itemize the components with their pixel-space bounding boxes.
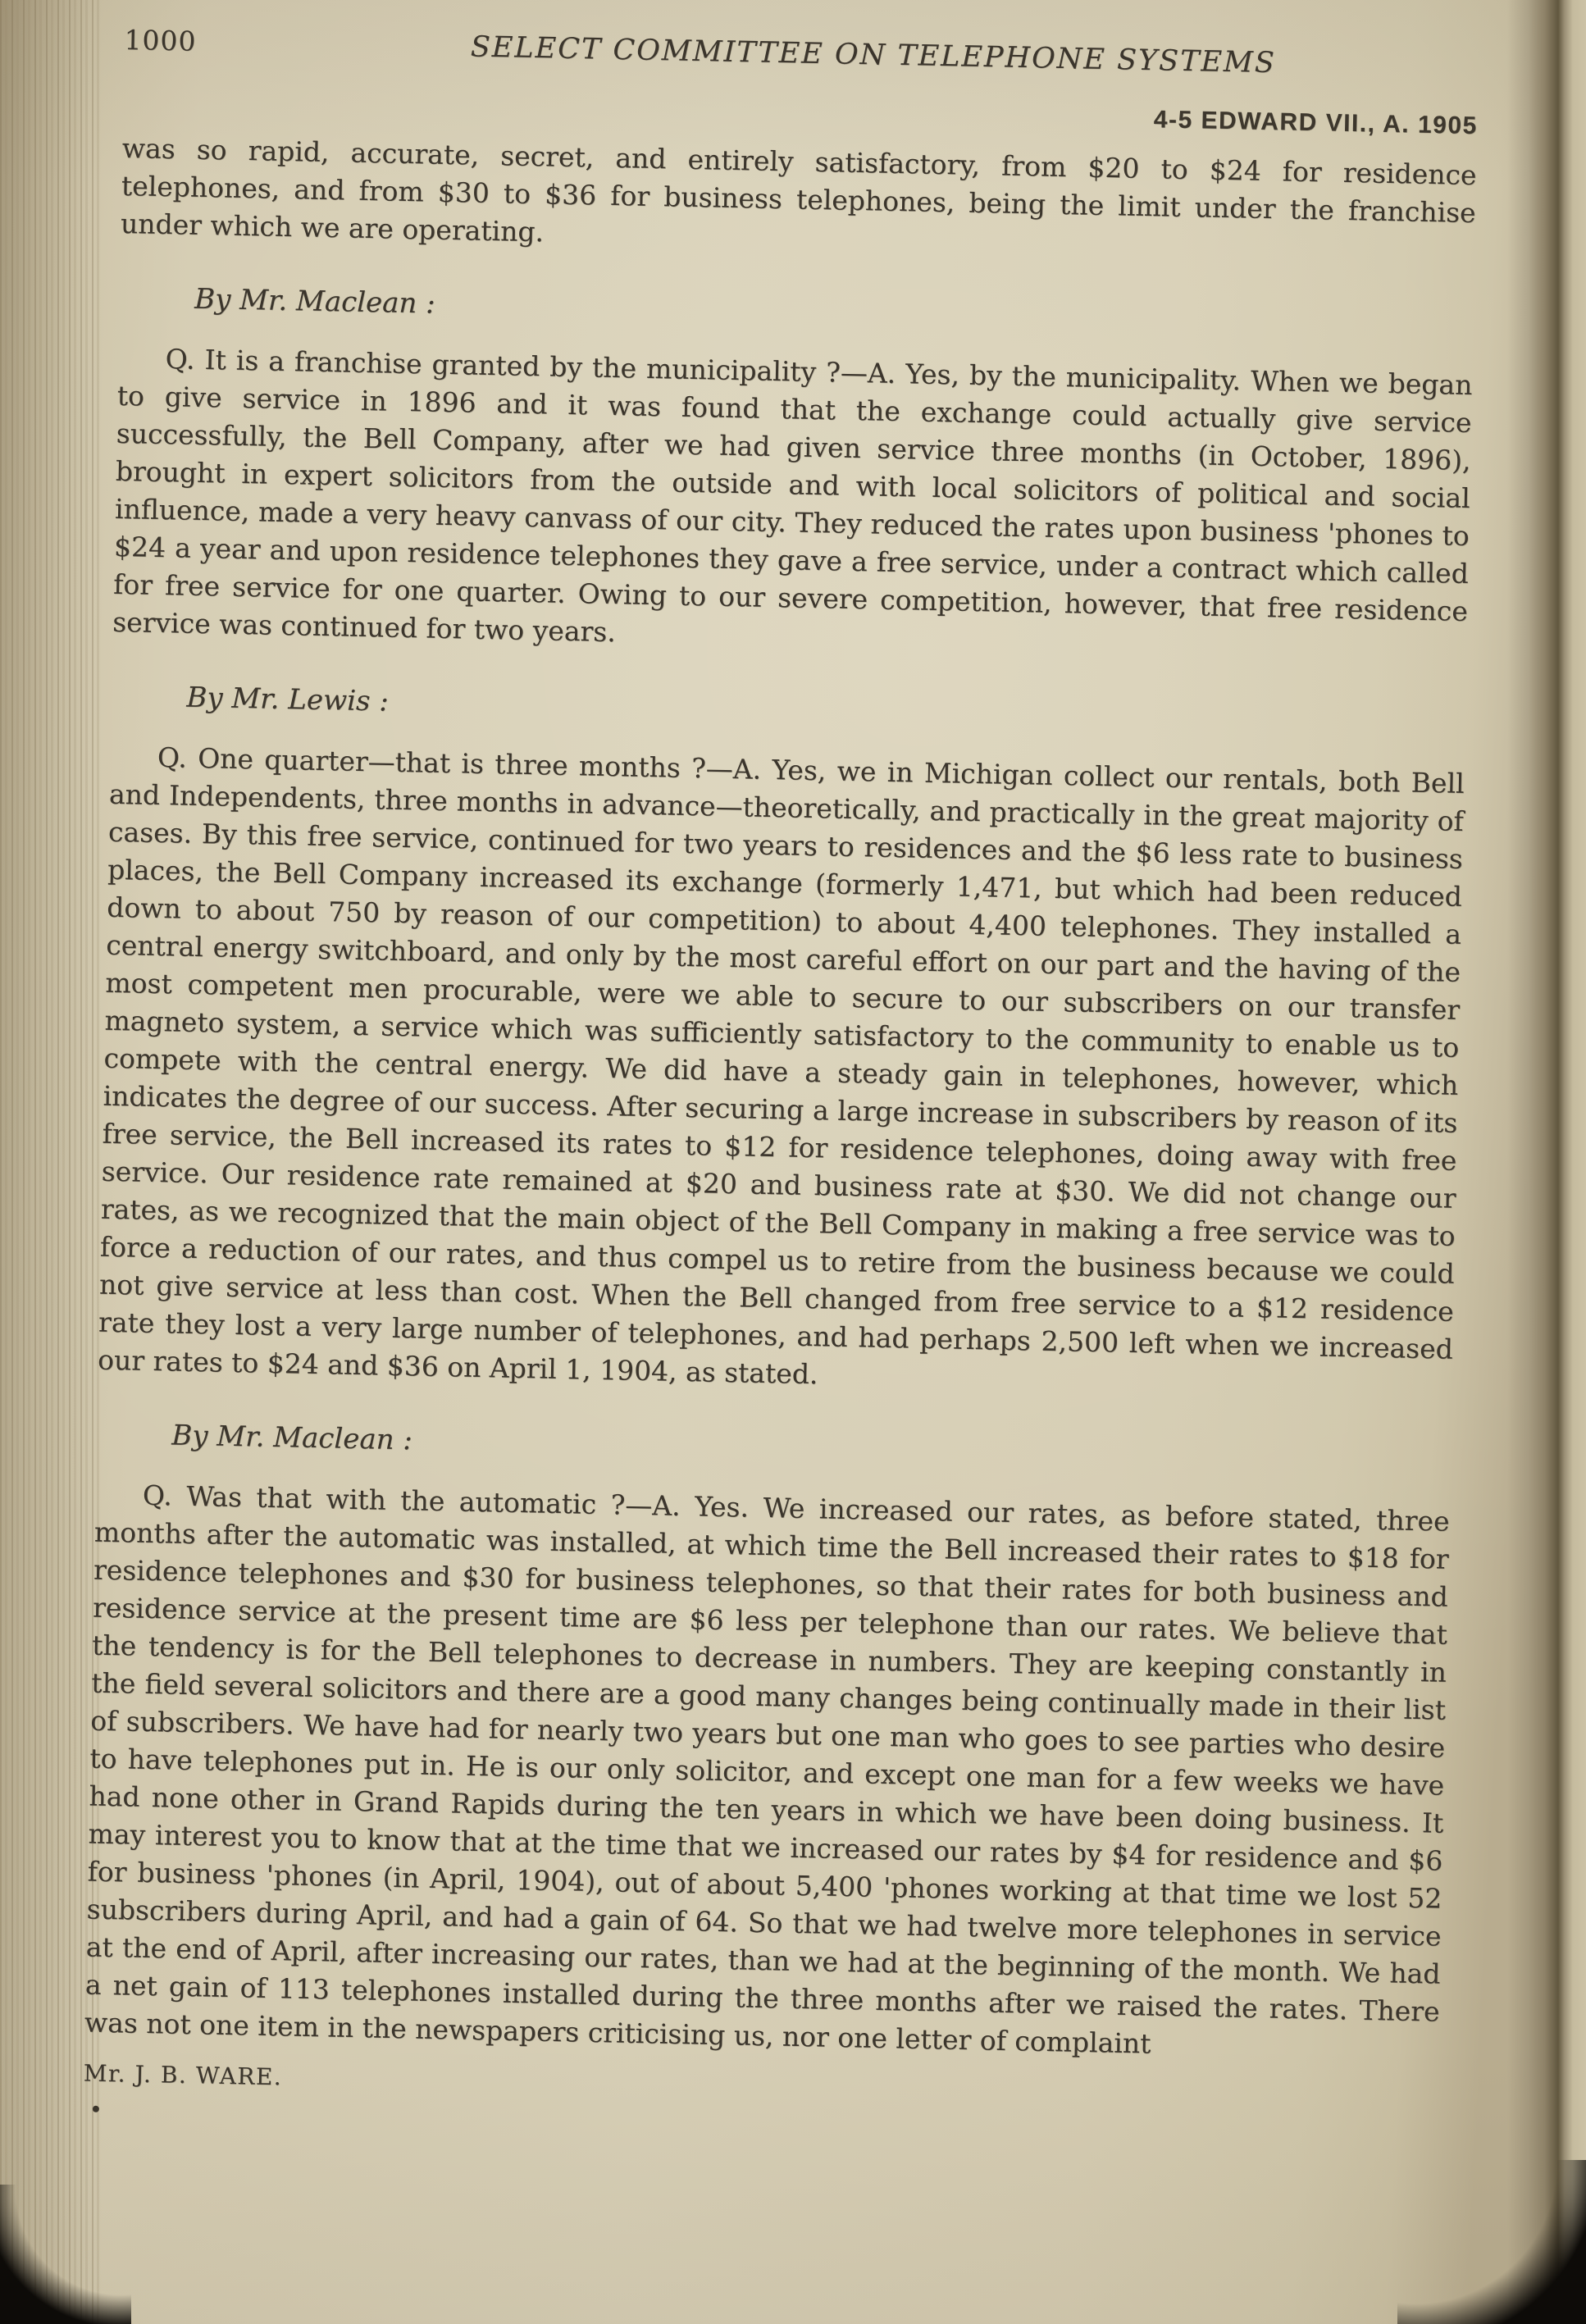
speaker-heading-maclean-1: By Mr. Maclean : [194,280,1474,344]
qa-paragraph-quarter: Q. One quarter—that is three months ?—A.… [98,738,1465,1406]
scan-corner-shadow-right [1397,2160,1586,2324]
page-number: 1000 [124,21,268,62]
ink-dot [93,2106,99,2112]
speaker-heading-lewis: By Mr. Lewis : [186,679,1466,742]
scanned-book-page: 1000 SELECT COMMITTEE ON TELEPHONE SYSTE… [0,0,1586,2324]
continuation-paragraph: was so rapid, accurate, secret, and enti… [121,130,1477,270]
scan-corner-shadow-left [0,2185,131,2324]
page-right-edge [1507,0,1586,2324]
speaker-heading-maclean-2: By Mr. Maclean : [171,1417,1452,1480]
qa-paragraph-franchise: Q. It is a franchise granted by the muni… [112,339,1473,668]
page-content: 1000 SELECT COMMITTEE ON TELEPHONE SYSTE… [83,21,1479,2139]
qa-paragraph-automatic: Q. Was that with the automatic ?—A. Yes.… [84,1476,1451,2069]
